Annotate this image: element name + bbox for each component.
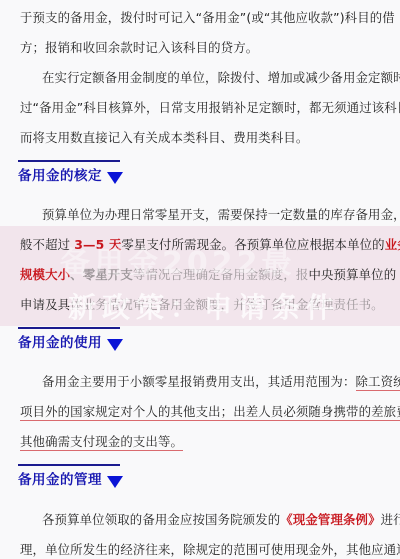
heading-rule <box>18 464 120 466</box>
section-heading-approval: 备用金的核定 <box>18 160 123 186</box>
management-paragraph: 各预算单位领取的备用金应按国务院颁发的《现金管理条例》进行管 理，单位所发生的经… <box>20 505 380 559</box>
obscured-text: 体业务情况审定备用金额度 <box>70 297 221 312</box>
text-line: 方；报销和收回余款时记入该科目的贷方。 <box>20 33 380 63</box>
underlined-text: 项目外的国家规定对个人的其他支出；出差人员必须随身携带的差旅费； <box>20 404 400 421</box>
text-run: 各预算单位领取的备用金应按国务院颁发的 <box>42 512 280 527</box>
emphasis-scale: 规模大小 <box>20 267 70 282</box>
triangle-down-icon <box>107 339 123 351</box>
text-line: 申请及具体业务情况审定备用金额度，并签订备用金管理责任书。 <box>20 290 380 320</box>
text-run: 申请及具 <box>20 297 70 312</box>
text-run: 进行管 <box>381 512 400 527</box>
text-line: 般不超过 3—5 天零星支付所需现金。各预算单位应根据本单位的业务量、 <box>20 230 380 260</box>
heading-rule <box>18 160 120 162</box>
emphasis-business-volume: 业务量、 <box>385 237 400 252</box>
obscured-text: ，并签订备用金管理责任书。 <box>221 297 384 312</box>
obscured-text: 、零星开支 <box>70 267 133 282</box>
underlined-text: 其他确需支付现金的支出等。 <box>20 434 183 451</box>
text-run: 般不超过 <box>20 237 74 252</box>
text-line: 在实行定额备用金制度的单位，除拨付、增加或减少备用金定额时通 <box>20 63 380 93</box>
text-run: 备用金主要用于小额零星报销费用支出，其适用范围为： <box>42 374 356 389</box>
emphasis-regulation-title: 《现金管理条例》 <box>280 512 380 527</box>
triangle-down-icon <box>107 476 123 488</box>
emphasis-days: 3—5 天 <box>74 237 121 252</box>
approval-paragraph: 预算单位为办理日常零星开支，需要保持一定数量的库存备用金，一 般不超过 3—5 … <box>20 200 380 320</box>
text-line: 项目外的国家规定对个人的其他支出；出差人员必须随身携带的差旅费； <box>20 397 380 427</box>
text-line: 过“备用金”科目核算外，日常支用报销补足定额时，都无须通过该科目 <box>20 93 380 123</box>
article-page: 于预支的备用金，拨付时可记入“备用金”(或“其他应收款”)科目的借 方；报销和收… <box>0 0 400 559</box>
text-line: 理，单位所发生的经济往来，除规定的范围可使用现金外，其他应通过银 <box>20 535 380 559</box>
heading-rule <box>18 327 120 329</box>
text-run: 理，单位所发生的经济往来，除规定的范围可使用现金外，其他应通过 <box>20 542 400 557</box>
text-line: 各预算单位领取的备用金应按国务院颁发的《现金管理条例》进行管 <box>20 505 380 535</box>
quota-paragraph: 在实行定额备用金制度的单位，除拨付、增加或减少备用金定额时通 过“备用金”科目核… <box>20 63 380 153</box>
heading-title: 备用金的使用 <box>18 333 102 353</box>
section-heading-management: 备用金的管理 <box>18 464 123 490</box>
text-run: 零星支付所需现金。各预算单位应根据本单位的 <box>121 237 384 252</box>
text-line: 而将支用数直接记入有关成本类科目、费用类科目。 <box>20 123 380 153</box>
underlined-text: 除工资统发 <box>356 374 400 391</box>
text-line: 其他确需支付现金的支出等。 <box>20 427 380 457</box>
text-line: 于预支的备用金，拨付时可记入“备用金”(或“其他应收款”)科目的借 <box>20 3 380 33</box>
section-heading-usage: 备用金的使用 <box>18 327 123 353</box>
heading-title: 备用金的管理 <box>18 470 102 490</box>
triangle-down-icon <box>107 172 123 184</box>
heading-title: 备用金的核定 <box>18 166 102 186</box>
obscured-text: 等情况合理确定备用金额度，报 <box>133 267 309 282</box>
intro-paragraph: 于预支的备用金，拨付时可记入“备用金”(或“其他应收款”)科目的借 方；报销和收… <box>20 3 380 63</box>
text-line: 预算单位为办理日常零星开支，需要保持一定数量的库存备用金，一 <box>20 200 380 230</box>
text-run: 中央预算单位的 <box>308 267 396 282</box>
text-line: 规模大小、零星开支等情况合理确定备用金额度，报中央预算单位的 <box>20 260 380 290</box>
usage-paragraph: 备用金主要用于小额零星报销费用支出，其适用范围为：除工资统发 项目外的国家规定对… <box>20 367 380 457</box>
text-line: 备用金主要用于小额零星报销费用支出，其适用范围为：除工资统发 <box>20 367 380 397</box>
